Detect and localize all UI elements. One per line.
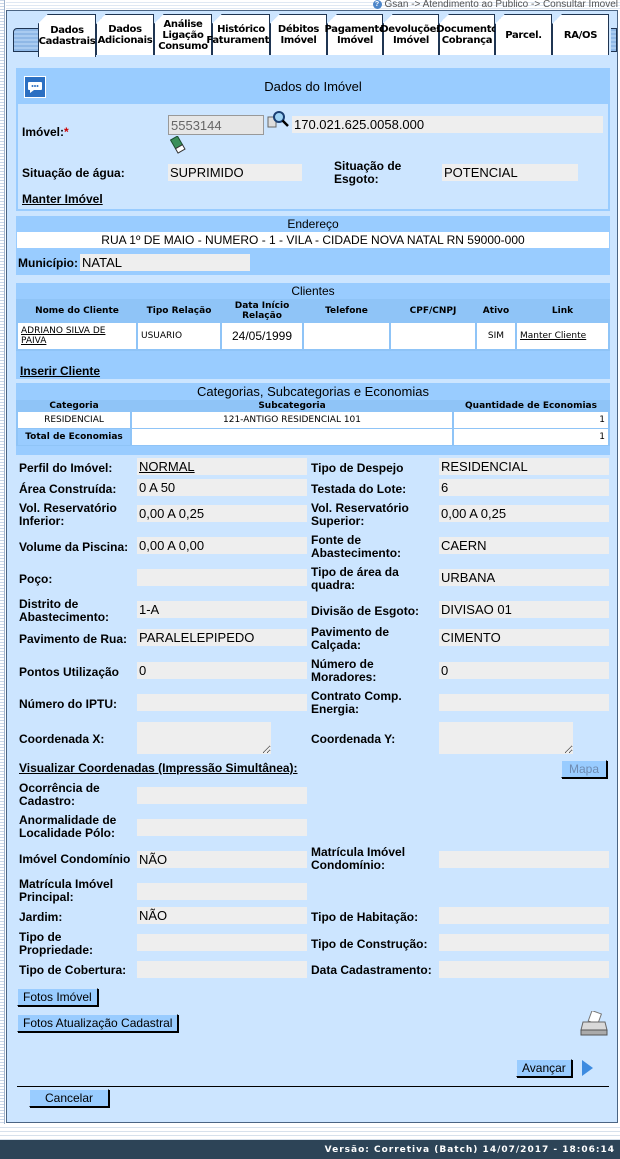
- perfil-label: Perfil do Imóvel:: [19, 462, 112, 475]
- left-stripe-decoration: [0, 0, 5, 1130]
- area-quadra-field: URBANA: [439, 569, 609, 586]
- bottom-stripe-decoration: [0, 1124, 620, 1140]
- avancar-button[interactable]: Avançar: [516, 1059, 572, 1077]
- situacao-esgoto-label: Situação de Esgoto:: [334, 160, 424, 186]
- tab-dados-adicionais[interactable]: DadosAdicionais: [96, 14, 154, 55]
- fotos-imovel-button[interactable]: Fotos Imóvel: [17, 988, 98, 1006]
- moradores-field: 0: [439, 662, 609, 679]
- pontos-field: 0: [137, 662, 307, 679]
- cliente-ativo: SIM: [477, 323, 515, 349]
- total-value: 1: [454, 429, 608, 445]
- clientes-panel: Clientes Nome do Cliente Tipo Relação Da…: [16, 283, 610, 379]
- table-row: ADRIANO SILVA DE PAIVA USUARIO 24/05/199…: [18, 323, 608, 349]
- habitacao-label: Tipo de Habitação:: [311, 911, 418, 924]
- categorias-header-row: Categoria Subcategoria Quantidade de Eco…: [18, 401, 608, 411]
- mat-principal-field: [137, 883, 307, 900]
- habitacao-field: [439, 907, 609, 924]
- tab-debitos-imovel[interactable]: DébitosImóvel: [270, 14, 327, 55]
- col-cpf-cnpj: CPF/CNPJ: [391, 301, 475, 321]
- clientes-header-row: Nome do Cliente Tipo Relação Data Início…: [18, 301, 608, 321]
- col-categoria: Categoria: [18, 401, 130, 411]
- cliente-tipo: USUARIO: [138, 323, 220, 349]
- dados-imovel-title: Dados do Imóvel: [264, 79, 362, 94]
- iptu-field: [137, 694, 307, 711]
- piscina-field: 0,00 A 0,00: [137, 537, 307, 554]
- col-data-inicio: Data Início Relação: [222, 301, 302, 321]
- cliente-telefone: [304, 323, 389, 349]
- area-field: 0 A 50: [137, 479, 307, 496]
- categorias-title: Categorias, Subcategorias e Economias: [16, 383, 610, 400]
- imovel-label: Imóvel:*: [22, 126, 69, 139]
- divisao-field: DIVISAO 01: [439, 601, 609, 618]
- poco-field: [137, 569, 307, 586]
- mapa-button[interactable]: Mapa: [561, 760, 607, 778]
- tab-pagamento-imovel[interactable]: PagamentoImóvel: [327, 14, 383, 55]
- col-tipo-relacao: Tipo Relação: [138, 301, 220, 321]
- table-row: RESIDENCIAL 121-ANTIGO RESIDENCIAL 101 1: [18, 412, 608, 428]
- dados-imovel-panel: Dados do Imóvel Imóvel:* 5553144 170.021…: [16, 68, 610, 211]
- tab-analise-ligacao-consumo[interactable]: AnáliseLigaçãoConsumo: [154, 14, 212, 55]
- area-label: Área Construída:: [19, 483, 116, 496]
- coord-x-label: Coordenada X:: [19, 733, 104, 746]
- mat-principal-label: Matrícula Imóvel Principal:: [19, 878, 129, 904]
- pav-rua-field: PARALELEPIPEDO: [137, 629, 307, 646]
- fonte-label: Fonte de Abastecimento:: [311, 534, 421, 560]
- ocorrencia-label: Ocorrência de Cadastro:: [19, 782, 129, 808]
- total-label: Total de Economias: [18, 429, 130, 445]
- construcao-field: [439, 934, 609, 951]
- col-quantidade: Quantidade de Economias: [454, 401, 608, 411]
- cliente-nome-link[interactable]: ADRIANO SILVA DE PAIVA: [18, 323, 136, 349]
- propriedade-label: Tipo de Propriedade:: [19, 931, 129, 957]
- categorias-panel: Categorias, Subcategorias e Economias Ca…: [16, 383, 610, 455]
- anormalidade-label: Anormalidade de Localidade Pólo:: [19, 814, 135, 840]
- tab-devolucoes-imovel[interactable]: DevoluçõesImóvel: [383, 14, 439, 55]
- cliente-data: 24/05/1999: [222, 323, 302, 349]
- clientes-title: Clientes: [16, 283, 610, 299]
- visualizar-coordenadas-link[interactable]: Visualizar Coordenadas (Impressão Simult…: [19, 762, 298, 775]
- situacao-agua-label: Situação de água:: [22, 167, 125, 180]
- cancelar-button[interactable]: Cancelar: [29, 1089, 109, 1107]
- fotos-atualizacao-button[interactable]: Fotos Atualização Cadastral: [17, 1014, 178, 1032]
- col-nome: Nome do Cliente: [18, 301, 136, 321]
- matricula-input[interactable]: 5553144: [168, 115, 264, 135]
- breadcrumb: ?Gsan -> Atendimento ao Publico -> Consu…: [373, 0, 618, 10]
- inserir-cliente-link[interactable]: Inserir Cliente: [20, 365, 100, 378]
- coord-y-label: Coordenada Y:: [311, 733, 395, 746]
- inscricao-field: 170.021.625.0058.000: [292, 116, 603, 133]
- mat-condominio-field: [439, 851, 609, 868]
- moradores-label: Número de Moradores:: [311, 658, 421, 684]
- distrito-label: Distrito de Abastecimento:: [19, 598, 129, 624]
- cobertura-field: [137, 961, 307, 978]
- coord-x-input[interactable]: [137, 722, 271, 754]
- tab-ra-os[interactable]: RA/OS: [552, 14, 609, 55]
- main-frame: DadosCadastrais DadosAdicionais AnáliseL…: [6, 10, 618, 1123]
- tab-parcelamento[interactable]: Parcel.: [495, 14, 552, 55]
- col-telefone: Telefone: [304, 301, 389, 321]
- endereco-title: Endereço: [16, 216, 610, 232]
- col-subcategoria: Subcategoria: [132, 401, 452, 411]
- condominio-label: Imóvel Condomínio: [19, 853, 130, 866]
- municipio-label: Município:: [18, 257, 78, 270]
- pav-calcada-label: Pavimento de Calçada:: [311, 626, 421, 652]
- cobertura-label: Tipo de Cobertura:: [19, 964, 126, 977]
- pav-rua-label: Pavimento de Rua:: [19, 633, 127, 646]
- area-quadra-label: Tipo de área da quadra:: [311, 566, 421, 592]
- subcategoria-cell: 121-ANTIGO RESIDENCIAL 101: [132, 412, 452, 428]
- coord-y-input[interactable]: [439, 722, 573, 754]
- categoria-cell: RESIDENCIAL: [18, 412, 130, 428]
- endereco-panel: Endereço RUA 1º DE MAIO - NUMERO - 1 - V…: [16, 216, 610, 275]
- testada-field: 6: [439, 479, 609, 496]
- dados-imovel-header: Dados do Imóvel: [18, 70, 608, 104]
- printer-icon[interactable]: [580, 1011, 608, 1040]
- despejo-field: RESIDENCIAL: [439, 458, 609, 475]
- construcao-label: Tipo de Construção:: [311, 938, 427, 951]
- piscina-label: Volume da Piscina:: [19, 541, 128, 554]
- distrito-field: 1-A: [137, 601, 307, 618]
- endereco-value: RUA 1º DE MAIO - NUMERO - 1 - VILA - CID…: [17, 232, 609, 248]
- quantidade-cell: 1: [454, 412, 608, 428]
- search-icon[interactable]: [267, 110, 289, 133]
- fonte-field: CAERN: [439, 537, 609, 554]
- ocorrencia-field: [137, 787, 307, 804]
- pontos-label: Pontos Utilização: [19, 666, 119, 679]
- eraser-icon[interactable]: [170, 136, 186, 157]
- tab-dados-cadastrais[interactable]: DadosCadastrais: [38, 14, 96, 57]
- pav-calcada-field: CIMENTO: [439, 629, 609, 646]
- chat-icon[interactable]: [24, 76, 46, 98]
- jardim-label: Jardim:: [19, 911, 62, 924]
- vol-sup-label: Vol. Reservatório Superior:: [311, 502, 421, 528]
- col-link: Link: [517, 301, 608, 321]
- testada-label: Testada do Lote:: [311, 483, 406, 496]
- categorias-table: Categoria Subcategoria Quantidade de Eco…: [16, 400, 610, 446]
- cadastramento-label: Data Cadastramento:: [311, 964, 432, 977]
- arrow-right-icon[interactable]: [582, 1060, 593, 1076]
- total-row: Total de Economias 1: [18, 429, 608, 445]
- breadcrumb-text: Gsan -> Atendimento ao Publico -> Consul…: [385, 0, 618, 10]
- propriedade-field: [137, 934, 307, 951]
- vol-sup-field: 0,00 A 0,25: [439, 505, 609, 522]
- mat-condominio-label: Matrícula Imóvel Condomínio:: [311, 846, 421, 872]
- jardim-field: NÃO: [137, 907, 307, 924]
- tab-historico-faturamento[interactable]: HistóricoFaturamento: [212, 14, 270, 55]
- condominio-field: NÃO: [137, 851, 307, 868]
- situacao-esgoto-field: POTENCIAL: [442, 164, 578, 181]
- col-ativo: Ativo: [477, 301, 515, 321]
- vol-inf-field: 0,00 A 0,25: [137, 505, 307, 522]
- tab-documento-cobranca[interactable]: DocumentoCobrança: [439, 14, 495, 55]
- despejo-label: Tipo de Despejo: [311, 462, 403, 475]
- contrato-field: [439, 694, 609, 711]
- situacao-agua-field: SUPRIMIDO: [168, 164, 302, 181]
- total-empty: [132, 429, 452, 445]
- cliente-cpf: [391, 323, 475, 349]
- cadastramento-field: [439, 961, 609, 978]
- manter-cliente-link[interactable]: Manter Cliente: [517, 323, 608, 349]
- vol-inf-label: Vol. Reservatório Inferior:: [19, 502, 129, 528]
- poco-label: Poço:: [19, 573, 52, 586]
- manter-imovel-link[interactable]: Manter Imóvel: [22, 193, 103, 206]
- perfil-link[interactable]: NORMAL: [137, 458, 307, 475]
- contrato-label: Contrato Comp. Energia:: [311, 690, 421, 716]
- anormalidade-field: [137, 819, 307, 836]
- divider: [17, 1086, 609, 1087]
- help-icon: ?: [373, 0, 382, 9]
- tab-bar: DadosCadastrais DadosAdicionais AnáliseL…: [7, 14, 617, 58]
- clientes-table: Nome do Cliente Tipo Relação Data Início…: [16, 299, 610, 351]
- divisao-label: Divisão de Esgoto:: [311, 605, 419, 618]
- version-footer: Versão: Corretiva (Batch) 14/07/2017 - 1…: [0, 1140, 620, 1159]
- tab-bar-right-cap: [611, 28, 617, 52]
- municipio-field: NATAL: [80, 254, 250, 271]
- iptu-label: Número do IPTU:: [19, 698, 117, 711]
